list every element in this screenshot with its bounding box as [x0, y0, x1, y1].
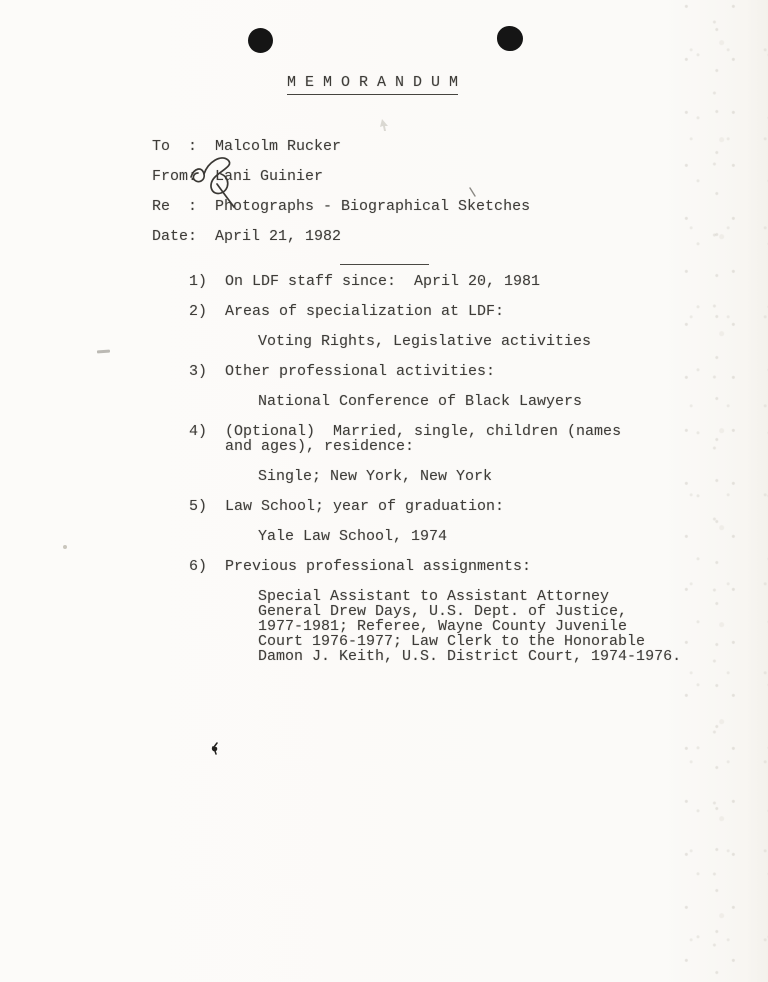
handwritten-initials-signature-icon: [188, 153, 260, 211]
memo-item-6: 6) Previous professional assignments: Sp…: [189, 559, 719, 679]
memo-items: 1) On LDF staff since: April 20, 1981 2)…: [189, 274, 719, 679]
field-date-value: April 21, 1982: [197, 222, 341, 252]
hole-punch-dot-right: [497, 26, 523, 51]
memo-item-4: 4) (Optional) Married, single, children …: [189, 424, 719, 499]
item-answer: Special Assistant to Assistant Attorney …: [225, 589, 719, 664]
memo-title: M E M O R A N D U M: [287, 74, 458, 95]
item-number: 3): [189, 364, 225, 424]
item-question: On LDF staff since: April 20, 1981: [225, 274, 719, 289]
item-number: 2): [189, 304, 225, 364]
ink-mark: [211, 742, 221, 755]
item-number: 6): [189, 559, 225, 679]
hole-punch-dot-left: [248, 28, 273, 53]
faint-smudge-mark: [379, 118, 391, 132]
item-question: Areas of specialization at LDF:: [225, 304, 719, 319]
tick-mark: [468, 187, 477, 197]
pencil-dash-mark: [97, 350, 110, 354]
item-number: 1): [189, 274, 225, 304]
item-answer: National Conference of Black Lawyers: [225, 394, 719, 409]
separator-rule: [340, 264, 429, 265]
item-question: (Optional) Married, single, children (na…: [225, 424, 719, 454]
memo-page: M E M O R A N D U M To : Malcolm Rucker …: [0, 0, 768, 982]
memo-item-2: 2) Areas of specialization at LDF: Votin…: [189, 304, 719, 364]
item-question: Previous professional assignments:: [225, 559, 719, 574]
memo-item-1: 1) On LDF staff since: April 20, 1981: [189, 274, 719, 304]
item-question: Law School; year of graduation:: [225, 499, 719, 514]
item-answer: Yale Law School, 1974: [225, 529, 719, 544]
item-answer: Single; New York, New York: [225, 469, 719, 484]
item-number: 5): [189, 499, 225, 559]
memo-item-5: 5) Law School; year of graduation: Yale …: [189, 499, 719, 559]
paper-speck: [63, 545, 67, 549]
item-number: 4): [189, 424, 225, 499]
field-date: Date: April 21, 1982: [152, 222, 530, 252]
memo-item-3: 3) Other professional activities: Nation…: [189, 364, 719, 424]
item-answer: Voting Rights, Legislative activities: [225, 334, 719, 349]
field-date-label: Date:: [152, 222, 197, 252]
item-question: Other professional activities:: [225, 364, 719, 379]
